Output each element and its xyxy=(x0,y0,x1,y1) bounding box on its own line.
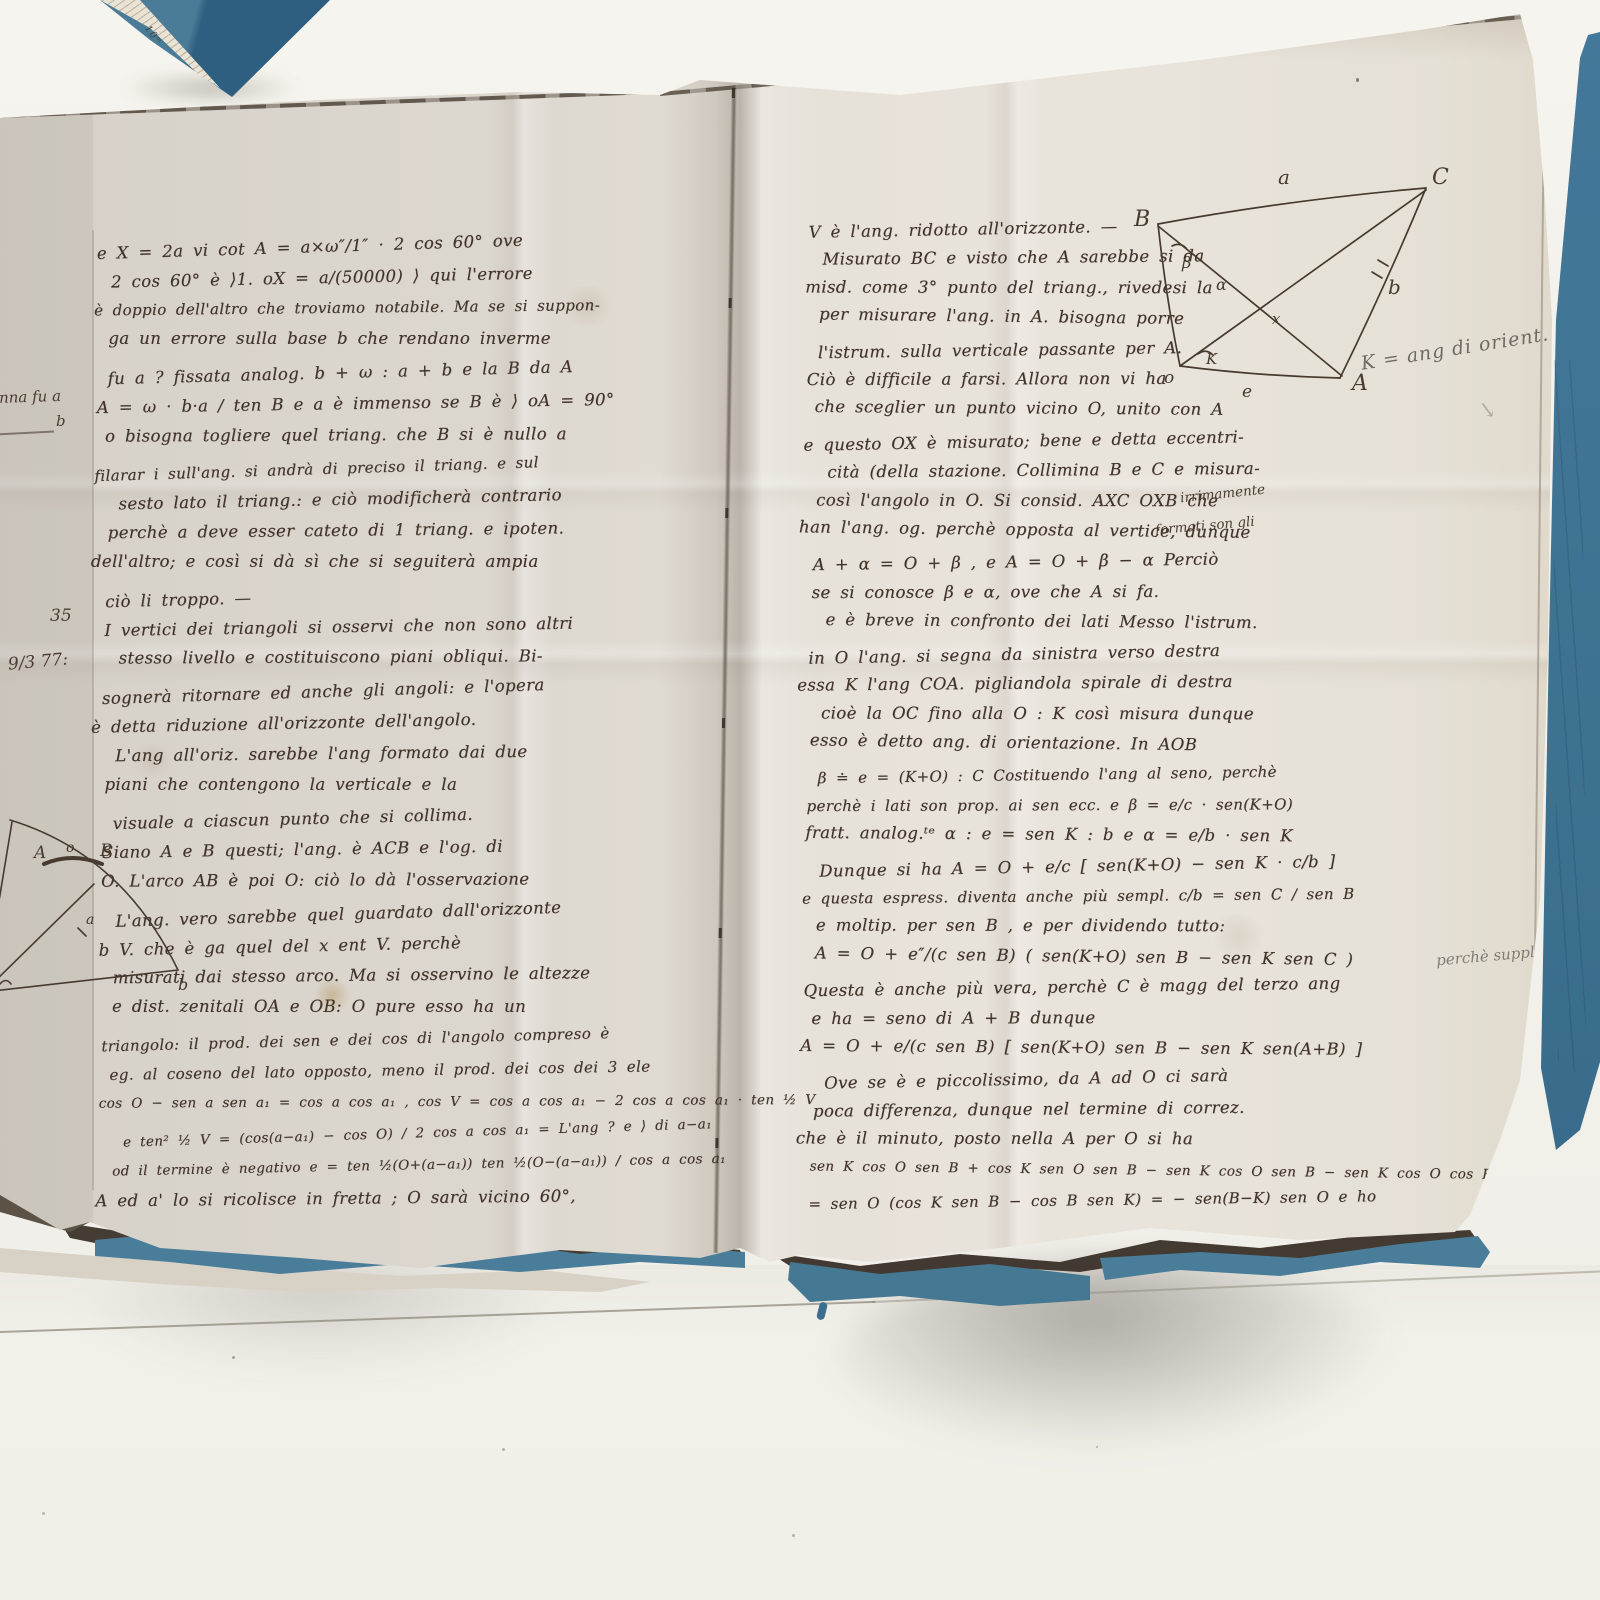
label-b: b xyxy=(1388,275,1401,299)
handwritten-line: cità (della stazione. Collimina B e C e … xyxy=(827,453,1407,488)
handwritten-line: e questa espress. diventa anche più semp… xyxy=(802,878,1405,914)
handwritten-line: è doppio dell'altro che troviamo notabil… xyxy=(94,288,737,327)
vertex-angle-arc xyxy=(0,981,11,985)
handwritten-line: cioè la OC fino alla O : K così misura d… xyxy=(821,698,1406,729)
left-underlying-sheet-line xyxy=(92,230,94,1190)
handwritten-line: se si conosce β e α, ove che A si fa. xyxy=(812,576,1407,608)
label-x: x xyxy=(1272,310,1281,328)
label-O: o xyxy=(1164,368,1174,388)
left-page-text: e X = 2a vi cot A = a×ω″∕1″ · 2 cos 60° … xyxy=(97,226,744,1216)
photo-of-manuscript: 10ᵐ e X = 2a vi cot A = a×ω″∕1″ · xyxy=(0,0,1600,1600)
label-B: B xyxy=(99,841,113,861)
dust-speck xyxy=(232,1356,235,1359)
left-margin-dash xyxy=(0,430,54,435)
handwritten-line: perchè a deve esser cateto di 1 triang. … xyxy=(108,511,739,549)
handwritten-line: e moltip. per sen B , e per dividendo tu… xyxy=(816,911,1405,942)
dust-speck xyxy=(502,1448,505,1451)
label-alpha: α xyxy=(1216,275,1227,294)
pencil-arrow-mark: ↘ xyxy=(1476,397,1498,424)
handwritten-line: A ed a' lo si ricolisce in fretta ; O sa… xyxy=(95,1179,743,1218)
handwritten-line: poca differenza, dunque nel termine di c… xyxy=(813,1091,1404,1127)
dust-speck xyxy=(1096,1446,1098,1448)
label-a: a xyxy=(86,912,94,928)
dust-speck xyxy=(792,1534,795,1537)
handwritten-line: così l'angolo in O. Si consid. AXC OXB c… xyxy=(816,485,1407,516)
label-e: e xyxy=(1242,382,1252,402)
left-margin-note-date: 9∕3 77: xyxy=(7,649,69,674)
handwritten-line: Questa è anche più vera, perchè C è magg… xyxy=(803,968,1404,1007)
triangle-sketch: a b e B C o A β α x K xyxy=(1128,168,1458,398)
handwritten-line: che è il minuto, posto nella A per O si … xyxy=(796,1124,1404,1155)
handwritten-line: e ha = seno di A + B dunque xyxy=(811,1002,1404,1034)
label-a: a xyxy=(1278,165,1290,189)
left-margin-note-35: 35 xyxy=(50,606,72,626)
tick-marks xyxy=(1372,260,1388,278)
top-deckle-right xyxy=(660,15,1525,96)
label-A: A xyxy=(32,843,46,863)
side-b xyxy=(1340,188,1426,378)
label-C: C xyxy=(1432,165,1449,190)
handwritten-line: β ≐ e = (K+O) : C Costituendo l'ang al s… xyxy=(817,755,1405,794)
handwritten-line: essa K l'ang COA. pigliandola spirale di… xyxy=(797,665,1406,701)
handwritten-line: A + α = O + β , e A = O + β − α Perciò xyxy=(813,542,1407,581)
arc-sketch: A o B a b xyxy=(0,792,222,1007)
left-margin-fraction-top: onna fu a xyxy=(0,387,61,407)
dust-speck xyxy=(1356,78,1359,82)
chord-3 xyxy=(0,970,178,992)
label-b: b xyxy=(178,975,188,994)
handwritten-line: perchè i lati son prop. ai sen ecc. e β … xyxy=(806,789,1405,821)
chord-2 xyxy=(0,884,94,992)
handwritten-line: L'ang all'oriz. sarebbe l'ang formato da… xyxy=(115,733,740,771)
left-margin-fraction-denominator: b xyxy=(56,412,66,430)
dust-speck xyxy=(42,1512,45,1515)
label-o: o xyxy=(66,840,74,856)
label-B: B xyxy=(1133,207,1150,232)
label-K: K xyxy=(1205,350,1218,368)
label-A: A xyxy=(1350,371,1368,396)
left-margin-fraction-note: onna fu a xyxy=(0,387,61,407)
label-beta: β xyxy=(1181,253,1191,272)
tick-a xyxy=(78,928,86,936)
side-e xyxy=(1180,366,1340,378)
handwritten-line: = sen O (cos K sen B − cos B sen K) = − … xyxy=(808,1181,1403,1220)
